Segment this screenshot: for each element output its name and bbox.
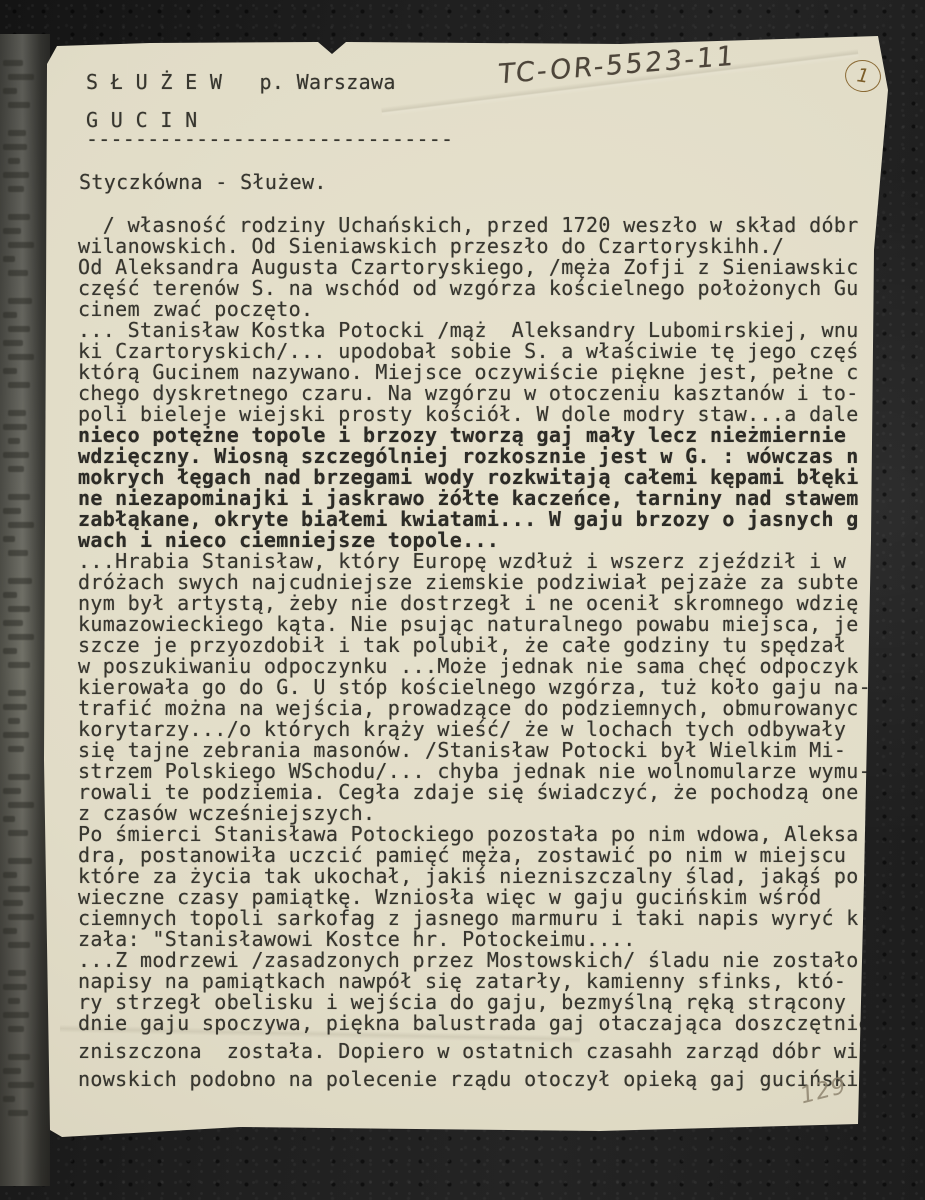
ghost-print-mark	[8, 326, 30, 332]
ghost-print-mark	[3, 760, 43, 766]
ghost-print-mark	[3, 60, 23, 66]
typed-line: wach i nieco ciemniejsze topole...	[78, 530, 883, 551]
typed-line: się tajne zebrania masonów. /Stanisław P…	[78, 740, 883, 761]
ghost-print-mark	[8, 634, 34, 640]
interleaf-page-edge	[0, 34, 50, 1186]
ghost-print-mark	[8, 214, 30, 220]
ghost-print-mark	[8, 102, 30, 108]
typed-line: nieco potężne topole i brzozy tworzą gaj…	[78, 425, 883, 446]
paper-sheet: S Ł U Ż E W p. Warszawa G U C I N ------…	[0, 0, 925, 1200]
typed-line: dróżach swych najcudniejsze ziemskie pod…	[78, 572, 883, 593]
ghost-print-mark	[8, 830, 28, 836]
ghost-print-mark	[3, 396, 43, 402]
ghost-print-mark	[8, 298, 32, 304]
ghost-print-mark	[3, 732, 29, 738]
ghost-print-mark	[8, 690, 26, 696]
ghost-print-mark	[8, 1082, 34, 1088]
ghost-print-mark	[8, 522, 34, 528]
ghost-print-mark	[3, 1012, 29, 1018]
ghost-print-mark	[8, 550, 28, 556]
ghost-print-mark	[3, 816, 15, 822]
typed-line: ... Stanisław Kostka Potocki /mąż Aleksa…	[78, 320, 883, 341]
ghost-print-mark	[3, 620, 23, 626]
ghost-print-mark	[8, 802, 34, 808]
typed-line: szcze je przyozdobił i tak polubił, że c…	[78, 635, 883, 656]
ghost-print-mark	[8, 1026, 24, 1032]
ghost-print-mark	[3, 312, 17, 318]
typed-line: kierowała go do G. U stóp kościelnego wz…	[78, 677, 883, 698]
ghost-print-mark	[3, 676, 43, 682]
typed-line: strzem Polskiego WSchodu/... chyba jedna…	[78, 761, 883, 782]
ghost-print-mark	[3, 116, 43, 122]
ghost-print-mark	[8, 130, 26, 136]
typed-line: poli bieleje wiejski prosty kościół. W d…	[78, 404, 883, 425]
typed-line: trafić można na wejścia, prowadzące do p…	[78, 698, 883, 719]
typed-line: korytarzy.../o których krąży wieść/ że w…	[78, 719, 883, 740]
ghost-print-mark	[8, 942, 30, 948]
typed-line: nym był artystą, żeby nie dostrzegł i ne…	[78, 593, 883, 614]
typed-line: nowskich podobno na polecenie rządu otoc…	[78, 1069, 883, 1090]
ghost-print-mark	[3, 872, 17, 878]
typed-line: dnie gaju spoczywa, piękna balustrada ga…	[78, 1013, 883, 1034]
ghost-print-mark	[3, 900, 23, 906]
typed-line: Po śmierci Stanisława Potockiego pozosta…	[78, 824, 883, 845]
ghost-print-mark	[8, 746, 24, 752]
ghost-print-mark	[8, 718, 20, 724]
ghost-print-mark	[8, 1110, 28, 1116]
typed-line: które za życia tak ukochał, jakiś niezni…	[78, 866, 883, 887]
doc-heading: Styczkówna - Służew.	[79, 172, 327, 193]
page-number-text: 1	[855, 64, 870, 87]
typed-line: z czasów wcześniejszych.	[78, 803, 883, 824]
catalog-number-annotation: TC-OR-5523-11	[497, 41, 736, 91]
ghost-print-mark	[3, 284, 43, 290]
typed-line: napisy na pamiątkach nawpół się zatarły,…	[78, 971, 883, 992]
typed-line: ciemnych topoli sarkofag z jasnego marmu…	[78, 908, 883, 929]
typed-line: zała: "Stanisławowi Kostce hr. Potockeim…	[78, 929, 883, 950]
ghost-print-mark	[8, 578, 32, 584]
ghost-print-mark	[3, 928, 17, 934]
ghost-print-mark	[3, 1096, 15, 1102]
ghost-print-mark	[8, 494, 30, 500]
ghost-print-mark	[8, 242, 34, 248]
typed-body: / własność rodziny Uchańskich, przed 172…	[78, 215, 883, 1090]
typed-line: dra, postanowiła uczcić pamięć męża, zos…	[78, 845, 883, 866]
typed-line: kumazowieckiego kąta. Nie psując natural…	[78, 614, 883, 635]
ghost-print-mark	[8, 914, 34, 920]
typed-line: którą Gucinem nazywano. Miejsce oczywiśc…	[78, 362, 883, 383]
doc-title-line: S Ł U Ż E W p. Warszawa	[86, 72, 396, 93]
typed-line: wilanowskich. Od Sieniawskich przeszło d…	[78, 236, 883, 257]
ghost-print-mark	[3, 536, 15, 542]
typed-line: Od Aleksandra Augusta Czartoryskiego, /m…	[78, 257, 883, 278]
ghost-print-mark	[3, 480, 43, 486]
page-number-circle: 1	[843, 58, 883, 95]
ghost-print-mark	[8, 1054, 30, 1060]
typed-line: wdzięczny. Wiosną szczególniej rozkoszni…	[78, 446, 883, 467]
ghost-print-mark	[3, 984, 27, 990]
ghost-print-mark	[3, 788, 21, 794]
ghost-print-mark	[3, 648, 17, 654]
ghost-print-mark	[3, 1068, 21, 1074]
ghost-print-mark	[8, 158, 20, 164]
ghost-print-mark	[8, 354, 34, 360]
ghost-print-mark	[3, 844, 43, 850]
typed-line: w poszukiwaniu odpoczynku ...Może jednak…	[78, 656, 883, 677]
ghost-print-mark	[8, 998, 20, 1004]
ghost-print-mark	[8, 858, 32, 864]
ghost-print-mark	[8, 606, 30, 612]
ghost-print-mark	[3, 256, 15, 262]
ghost-print-mark	[3, 172, 29, 178]
typed-line: ki Czartoryskich/... upodobał sobie S. a…	[78, 341, 883, 362]
ghost-print-mark	[8, 466, 24, 472]
ghost-print-mark	[3, 508, 21, 514]
ghost-print-mark	[8, 410, 26, 416]
ghost-print-mark	[3, 424, 27, 430]
ghost-print-mark	[8, 186, 24, 192]
typed-line: ne niezapominajki i jaskrawo żółte kacze…	[78, 488, 883, 509]
typed-line: ...Z modrzewi /zasadzonych przez Mostows…	[78, 950, 883, 971]
typed-line: zabłąkane, okryte białemi kwiatami... W …	[78, 509, 883, 530]
ghost-print-mark	[8, 438, 20, 444]
ghost-print-mark	[8, 74, 34, 80]
typed-line: wieczne czasy pamiątkę. Wzniosła więc w …	[78, 887, 883, 908]
typed-line: zniszczona została. Dopiero w ostatnich …	[78, 1041, 883, 1062]
typed-line: cinem zwać poczęto.	[78, 299, 883, 320]
ghost-print-mark	[3, 704, 27, 710]
ghost-print-mark	[8, 270, 28, 276]
typed-line: część terenów S. na wschód od wzgórza ko…	[78, 278, 883, 299]
typed-line: ...Hrabia Stanisław, który Europę wzdłuż…	[78, 551, 883, 572]
doc-divider: ------------------------------	[86, 129, 453, 150]
typed-line: mokrych łęgach nad brzegami wody rozkwit…	[78, 467, 883, 488]
ghost-print-mark	[3, 200, 43, 206]
interleaf-ghost-text	[3, 60, 43, 1124]
ghost-print-mark	[8, 886, 30, 892]
ghost-print-mark	[3, 564, 43, 570]
ghost-print-mark	[3, 956, 43, 962]
typed-line: / własność rodziny Uchańskich, przed 172…	[78, 215, 883, 236]
ghost-print-mark	[3, 88, 17, 94]
ghost-print-mark	[3, 1040, 43, 1046]
ghost-print-mark	[3, 368, 17, 374]
ghost-print-mark	[8, 382, 30, 388]
typed-line: ry strzegł obelisku i wejścia do gaju, b…	[78, 992, 883, 1013]
ghost-print-mark	[3, 592, 17, 598]
typed-line: rowali te podziemia. Cegła zdaje się świ…	[78, 782, 883, 803]
ghost-print-mark	[3, 340, 23, 346]
ghost-print-mark	[3, 228, 21, 234]
ghost-print-mark	[8, 774, 30, 780]
ghost-print-mark	[3, 144, 27, 150]
ghost-print-mark	[8, 970, 26, 976]
ghost-print-mark	[3, 452, 29, 458]
typed-line: chego dyskretnego czaru. Na wzgórzu w ot…	[78, 383, 883, 404]
ghost-print-mark	[8, 662, 30, 668]
